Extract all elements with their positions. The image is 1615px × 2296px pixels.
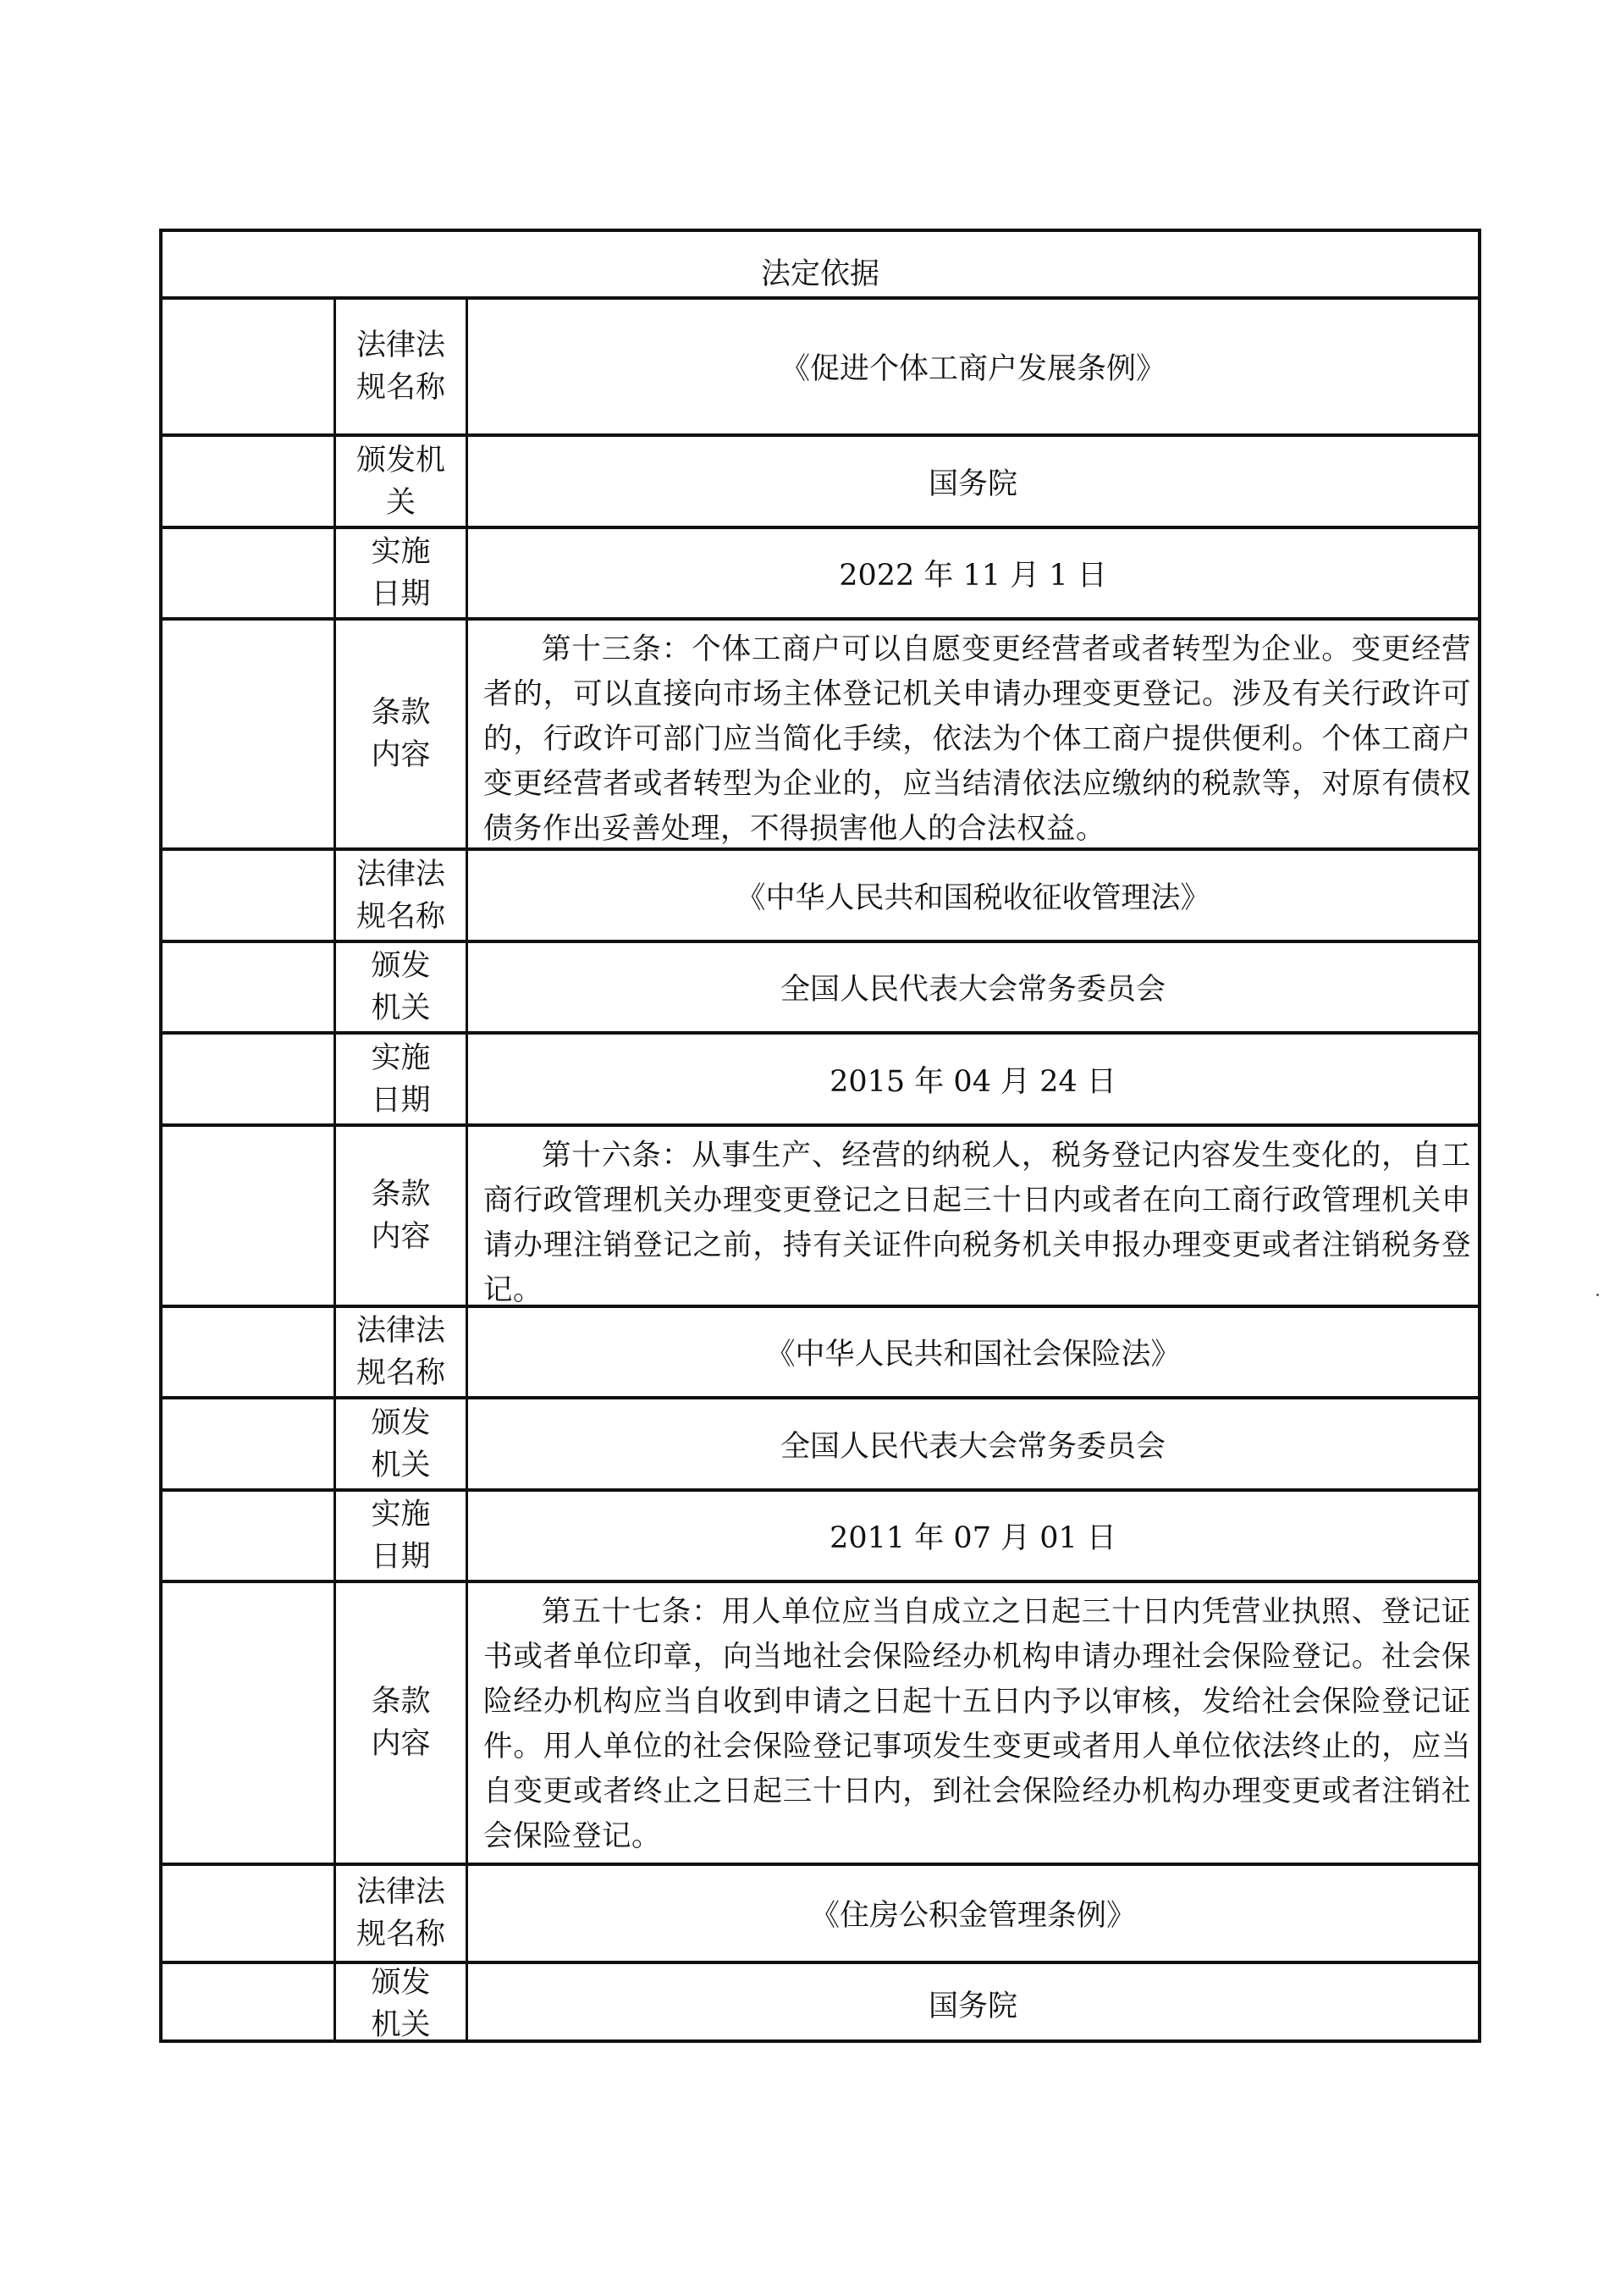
law-name-label: 法律法 规名称 bbox=[333, 1308, 468, 1396]
table-row: 条款 内容 第十六条：从事生产、经营的纳税人，税务登记内容发生变化的，自工商行政… bbox=[163, 1123, 1478, 1305]
document-page: 法定依据 法律法 规名称 《促进个体工商户发展条例》 颁发机 关 国务院 实施 … bbox=[0, 0, 1615, 2296]
empty-cell bbox=[163, 621, 333, 847]
legal-basis-table: 法定依据 法律法 规名称 《促进个体工商户发展条例》 颁发机 关 国务院 实施 … bbox=[159, 229, 1481, 2043]
law-name-label: 法律法 规名称 bbox=[333, 300, 468, 433]
label-line: 日期 bbox=[371, 1536, 430, 1578]
table-title: 法定依据 bbox=[163, 232, 1478, 300]
empty-cell bbox=[163, 1308, 333, 1396]
table-row: 颁发 机关 全国人民代表大会常务委员会 bbox=[163, 1396, 1478, 1488]
empty-cell bbox=[163, 437, 333, 526]
label-line: 颁发 bbox=[371, 945, 430, 987]
table-header-row: 法定依据 bbox=[163, 232, 1478, 300]
label-line: 机关 bbox=[371, 2004, 430, 2046]
clause-text: 第十三条：个体工商户可以自愿变更经营者或者转型为企业。变更经营者的，可以直接向市… bbox=[483, 627, 1471, 852]
table-row: 颁发机 关 国务院 bbox=[163, 433, 1478, 526]
label-line: 机关 bbox=[371, 1444, 430, 1487]
label-line: 颁发机 bbox=[356, 439, 445, 482]
table-row: 颁发 机关 全国人民代表大会常务委员会 bbox=[163, 940, 1478, 1031]
label-line: 内容 bbox=[371, 1216, 430, 1258]
label-line: 法律法 bbox=[356, 853, 445, 896]
empty-cell bbox=[163, 1492, 333, 1580]
table-row: 法律法 规名称 《中华人民共和国社会保险法》 bbox=[163, 1305, 1478, 1396]
label-line: 关 bbox=[386, 482, 416, 524]
label-line: 法律法 bbox=[356, 1310, 445, 1352]
empty-cell bbox=[163, 300, 333, 433]
table-row: 实施 日期 2022 年 11 月 1 日 bbox=[163, 526, 1478, 617]
law-name-value: 《中华人民共和国税收征收管理法》 bbox=[468, 851, 1478, 940]
empty-cell bbox=[163, 1035, 333, 1123]
issuer-value: 全国人民代表大会常务委员会 bbox=[468, 1399, 1478, 1488]
effective-date-value: 2022 年 11 月 1 日 bbox=[468, 529, 1478, 617]
empty-cell bbox=[163, 529, 333, 617]
table-row: 实施 日期 2011 年 07 月 01 日 bbox=[163, 1488, 1478, 1580]
table-row: 实施 日期 2015 年 04 月 24 日 bbox=[163, 1031, 1478, 1123]
empty-cell bbox=[163, 1866, 333, 1961]
clause-label: 条款 内容 bbox=[333, 621, 468, 847]
effective-date-label: 实施 日期 bbox=[333, 529, 468, 617]
clause-text: 第十六条：从事生产、经营的纳税人，税务登记内容发生变化的，自工商行政管理机关办理… bbox=[483, 1134, 1471, 1313]
table-row: 颁发 机关 国务院 bbox=[163, 1961, 1478, 2043]
label-line: 条款 bbox=[371, 1681, 430, 1723]
label-line: 实施 bbox=[371, 531, 430, 573]
issuer-label: 颁发 机关 bbox=[333, 1964, 468, 2043]
clause-value: 第十三条：个体工商户可以自愿变更经营者或者转型为企业。变更经营者的，可以直接向市… bbox=[468, 621, 1478, 847]
empty-cell bbox=[163, 1399, 333, 1488]
empty-cell bbox=[163, 1964, 333, 2043]
label-line: 规名称 bbox=[356, 896, 445, 938]
clause-label: 条款 内容 bbox=[333, 1583, 468, 1863]
table-row: 法律法 规名称 《促进个体工商户发展条例》 bbox=[163, 296, 1478, 433]
clause-text: 第五十七条：用人单位应当自成立之日起三十日内凭营业执照、登记证书或者单位印章，向… bbox=[483, 1590, 1471, 1859]
effective-date-label: 实施 日期 bbox=[333, 1035, 468, 1123]
empty-cell bbox=[163, 851, 333, 940]
law-name-value: 《中华人民共和国社会保险法》 bbox=[468, 1308, 1478, 1396]
label-line: 规名称 bbox=[356, 1913, 445, 1956]
law-name-value: 《住房公积金管理条例》 bbox=[468, 1866, 1478, 1961]
scan-speck bbox=[1596, 1294, 1599, 1296]
effective-date-label: 实施 日期 bbox=[333, 1492, 468, 1580]
label-line: 颁发 bbox=[371, 1962, 430, 2004]
empty-cell bbox=[163, 1583, 333, 1863]
label-line: 法律法 bbox=[356, 1871, 445, 1913]
issuer-label: 颁发机 关 bbox=[333, 437, 468, 526]
clause-value: 第十六条：从事生产、经营的纳税人，税务登记内容发生变化的，自工商行政管理机关办理… bbox=[468, 1127, 1478, 1305]
table-row: 条款 内容 第十三条：个体工商户可以自愿变更经营者或者转型为企业。变更经营者的，… bbox=[163, 617, 1478, 847]
label-line: 法律法 bbox=[356, 324, 445, 367]
table-row: 法律法 规名称 《住房公积金管理条例》 bbox=[163, 1863, 1478, 1961]
label-line: 颁发 bbox=[371, 1402, 430, 1444]
law-name-label: 法律法 规名称 bbox=[333, 851, 468, 940]
effective-date-value: 2011 年 07 月 01 日 bbox=[468, 1492, 1478, 1580]
issuer-value: 全国人民代表大会常务委员会 bbox=[468, 943, 1478, 1031]
table-row: 条款 内容 第五十七条：用人单位应当自成立之日起三十日内凭营业执照、登记证书或者… bbox=[163, 1580, 1478, 1863]
label-line: 条款 bbox=[371, 692, 430, 734]
label-line: 规名称 bbox=[356, 367, 445, 409]
empty-cell bbox=[163, 1127, 333, 1305]
label-line: 实施 bbox=[371, 1493, 430, 1536]
label-line: 规名称 bbox=[356, 1352, 445, 1394]
clause-value: 第五十七条：用人单位应当自成立之日起三十日内凭营业执照、登记证书或者单位印章，向… bbox=[468, 1583, 1478, 1863]
issuer-label: 颁发 机关 bbox=[333, 943, 468, 1031]
issuer-label: 颁发 机关 bbox=[333, 1399, 468, 1488]
label-line: 内容 bbox=[371, 734, 430, 776]
issuer-value: 国务院 bbox=[468, 437, 1478, 526]
label-line: 日期 bbox=[371, 1079, 430, 1122]
law-name-label: 法律法 规名称 bbox=[333, 1866, 468, 1961]
table-row: 法律法 规名称 《中华人民共和国税收征收管理法》 bbox=[163, 847, 1478, 940]
label-line: 内容 bbox=[371, 1723, 430, 1765]
issuer-value: 国务院 bbox=[468, 1964, 1478, 2043]
empty-cell bbox=[163, 943, 333, 1031]
label-line: 机关 bbox=[371, 987, 430, 1029]
clause-label: 条款 内容 bbox=[333, 1127, 468, 1305]
law-name-value: 《促进个体工商户发展条例》 bbox=[468, 300, 1478, 433]
label-line: 条款 bbox=[371, 1173, 430, 1216]
effective-date-value: 2015 年 04 月 24 日 bbox=[468, 1035, 1478, 1123]
label-line: 日期 bbox=[371, 573, 430, 615]
label-line: 实施 bbox=[371, 1037, 430, 1079]
